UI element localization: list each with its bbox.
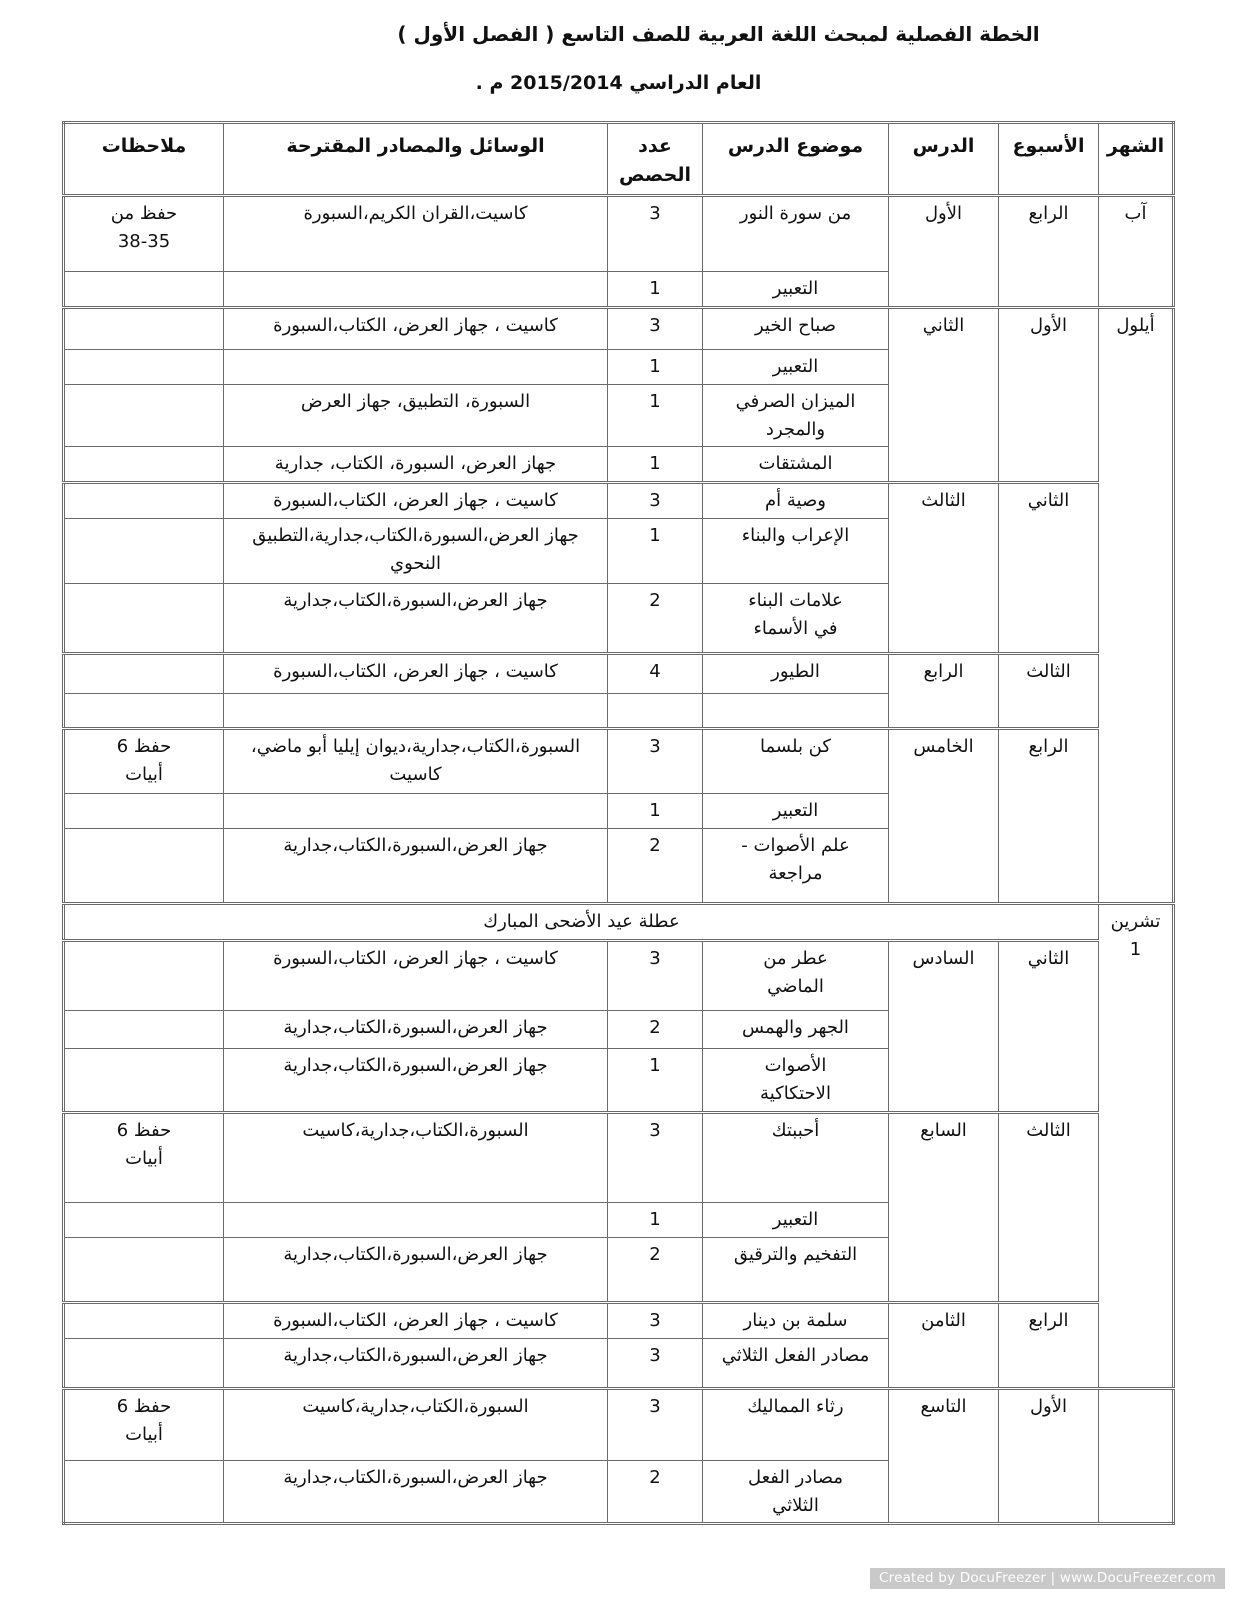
cell-week: الأول [999,1388,1099,1524]
cell-notes: حفظ من 38-35 [64,195,224,271]
cell-notes [64,794,224,829]
cell-topic: أحببتك [703,1112,889,1202]
cell-topic: المشتقات [703,447,889,483]
cell-resources: جهاز العرض،السبورة،الكتاب،جدارية [224,1237,608,1302]
page-title: الخطة الفصلية لمبحث اللغة العربية للصف ا… [100,22,1237,46]
cell-resources [224,794,608,829]
cell-resources: كاسيت ، جهاز العرض، الكتاب،السبورة [224,483,608,519]
cell-notes [64,1460,224,1524]
cell-notes [64,271,224,307]
cell-topic [703,694,889,729]
cell-notes [64,447,224,483]
cell-periods [608,694,703,729]
cell-month: آب [1099,195,1174,307]
cell-periods: 3 [608,483,703,519]
cell-topic: الطيور [703,654,889,694]
cell-notes [64,1202,224,1237]
table-row: الرابع الخامس كن بلسما 3 السبورة،الكتاب،… [64,729,1174,794]
table-row: الثاني السادس عطر من الماضي 3 كاسيت ، جه… [64,941,1174,1011]
cell-periods: 1 [608,519,703,584]
cell-week: الثاني [999,483,1099,654]
holiday-banner: عطلة عيد الأضحى المبارك [64,904,1099,941]
docufreezer-watermark: Created by DocuFreezer | www.DocuFreezer… [870,1568,1225,1589]
cell-notes [64,483,224,519]
table-row: الثالث السابع أحببتك 3 السبورة،الكتاب،جد… [64,1112,1174,1202]
cell-resources: جهاز العرض، السبورة، الكتاب، جدارية [224,447,608,483]
cell-topic: الأصوات الاحتكاكية [703,1049,889,1113]
cell-week: الرابع [999,1302,1099,1388]
cell-week: الرابع [999,195,1099,307]
cell-topic: سلمة بن دينار [703,1302,889,1338]
cell-periods: 1 [608,271,703,307]
cell-periods: 1 [608,447,703,483]
cell-resources: جهاز العرض،السبورة،الكتاب،جدارية [224,584,608,654]
cell-periods: 1 [608,384,703,447]
cell-periods: 2 [608,829,703,904]
cell-periods: 1 [608,1202,703,1237]
header-month: الشهر [1099,123,1174,196]
cell-notes: حفظ 6 أبيات [64,729,224,794]
cell-resources: كاسيت ، جهاز العرض، الكتاب،السبورة [224,941,608,1011]
cell-periods: 4 [608,654,703,694]
cell-topic: التعبير [703,794,889,829]
cell-periods: 3 [608,1338,703,1388]
cell-week: الثاني [999,941,1099,1113]
cell-periods: 2 [608,1237,703,1302]
header-row: الشهر الأسبوع الدرس موضوع الدرس عدد الحص… [64,123,1174,196]
cell-topic: صباح الخير [703,307,889,349]
cell-topic: رثاء المماليك [703,1388,889,1460]
cell-resources [224,1202,608,1237]
cell-notes [64,519,224,584]
cell-resources: السبورة،الكتاب،جدارية،ديوان إيليا أبو ما… [224,729,608,794]
cell-topic: من سورة النور [703,195,889,271]
cell-month [1099,1388,1174,1524]
cell-topic: وصية أم [703,483,889,519]
cell-resources: جهاز العرض،السبورة،الكتاب،جدارية [224,1338,608,1388]
cell-periods: 3 [608,729,703,794]
cell-lesson: السابع [889,1112,999,1302]
cell-topic: مصادر الفعل الثلاثي [703,1460,889,1524]
header-week: الأسبوع [999,123,1099,196]
document-page: { "page": { "title": "الخطة الفصلية لمبح… [0,0,1237,1600]
cell-topic: مصادر الفعل الثلاثي [703,1338,889,1388]
cell-notes [64,1237,224,1302]
cell-notes [64,584,224,654]
cell-week: الرابع [999,729,1099,904]
cell-notes [64,1302,224,1338]
cell-topic: التعبير [703,271,889,307]
cell-topic: عطر من الماضي [703,941,889,1011]
semester-plan-table: الشهر الأسبوع الدرس موضوع الدرس عدد الحص… [62,121,1175,1525]
cell-lesson: الثامن [889,1302,999,1388]
cell-notes [64,694,224,729]
cell-lesson: الرابع [889,654,999,729]
page-subtitle: العام الدراسي 2015/2014 م . [0,72,1237,94]
header-lesson: الدرس [889,123,999,196]
cell-periods: 2 [608,1460,703,1524]
holiday-row: تشرين 1 عطلة عيد الأضحى المبارك [64,904,1174,941]
cell-periods: 3 [608,1112,703,1202]
cell-lesson: الخامس [889,729,999,904]
cell-notes [64,1011,224,1049]
cell-periods: 2 [608,584,703,654]
header-topic: موضوع الدرس [703,123,889,196]
cell-resources: السبورة،الكتاب،جدارية،كاسيت [224,1388,608,1460]
table-row: آب الرابع الأول من سورة النور 3 كاسيت،ال… [64,195,1174,271]
cell-topic: علامات البناء في الأسماء [703,584,889,654]
cell-month: تشرين 1 [1099,904,1174,1388]
cell-periods: 1 [608,349,703,384]
cell-notes: حفظ 6 أبيات [64,1388,224,1460]
cell-resources [224,694,608,729]
cell-resources: كاسيت ، جهاز العرض، الكتاب،السبورة [224,1302,608,1338]
cell-topic: كن بلسما [703,729,889,794]
cell-periods: 1 [608,794,703,829]
table-row: الرابع الثامن سلمة بن دينار 3 كاسيت ، جه… [64,1302,1174,1338]
header-periods: عدد الحصص [608,123,703,196]
cell-periods: 2 [608,1011,703,1049]
cell-notes: حفظ 6 أبيات [64,1112,224,1202]
cell-notes [64,1049,224,1113]
cell-week: الأول [999,307,1099,483]
cell-resources: جهاز العرض،السبورة،الكتاب،جدارية،التطبيق… [224,519,608,584]
cell-periods: 3 [608,307,703,349]
cell-lesson: الثالث [889,483,999,654]
cell-topic: الإعراب والبناء [703,519,889,584]
cell-notes [64,384,224,447]
cell-periods: 3 [608,1302,703,1338]
cell-topic: التعبير [703,1202,889,1237]
cell-topic: التفخيم والترقيق [703,1237,889,1302]
cell-resources: كاسيت ، جهاز العرض، الكتاب،السبورة [224,307,608,349]
cell-month: أيلول [1099,307,1174,903]
cell-lesson: الأول [889,195,999,307]
cell-periods: 3 [608,941,703,1011]
cell-lesson: الثاني [889,307,999,483]
cell-resources: السبورة،الكتاب،جدارية،كاسيت [224,1112,608,1202]
cell-notes [64,307,224,349]
cell-periods: 1 [608,1049,703,1113]
cell-resources [224,271,608,307]
cell-notes [64,654,224,694]
cell-resources: جهاز العرض،السبورة،الكتاب،جدارية [224,1049,608,1113]
cell-resources [224,349,608,384]
cell-resources: السبورة، التطبيق، جهاز العرض [224,384,608,447]
cell-notes [64,829,224,904]
header-resources: الوسائل والمصادر المقترحة [224,123,608,196]
cell-resources: كاسيت،القران الكريم،السبورة [224,195,608,271]
cell-resources: جهاز العرض،السبورة،الكتاب،جدارية [224,829,608,904]
cell-notes [64,1338,224,1388]
table-row: الثالث الرابع الطيور 4 كاسيت ، جهاز العر… [64,654,1174,694]
cell-topic: التعبير [703,349,889,384]
table-row: الثاني الثالث وصية أم 3 كاسيت ، جهاز الع… [64,483,1174,519]
cell-week: الثالث [999,1112,1099,1302]
cell-topic: الجهر والهمس [703,1011,889,1049]
cell-lesson: التاسع [889,1388,999,1524]
header-notes: ملاحظات [64,123,224,196]
cell-week: الثالث [999,654,1099,729]
cell-resources: كاسيت ، جهاز العرض، الكتاب،السبورة [224,654,608,694]
cell-resources: جهاز العرض،السبورة،الكتاب،جدارية [224,1460,608,1524]
cell-periods: 3 [608,195,703,271]
table-row: أيلول الأول الثاني صباح الخير 3 كاسيت ، … [64,307,1174,349]
cell-resources: جهاز العرض،السبورة،الكتاب،جدارية [224,1011,608,1049]
cell-topic: علم الأصوات - مراجعة [703,829,889,904]
cell-periods: 3 [608,1388,703,1460]
table-row: الأول التاسع رثاء المماليك 3 السبورة،الك… [64,1388,1174,1460]
cell-lesson: السادس [889,941,999,1113]
cell-notes [64,349,224,384]
cell-topic: الميزان الصرفي والمجرد [703,384,889,447]
cell-notes [64,941,224,1011]
